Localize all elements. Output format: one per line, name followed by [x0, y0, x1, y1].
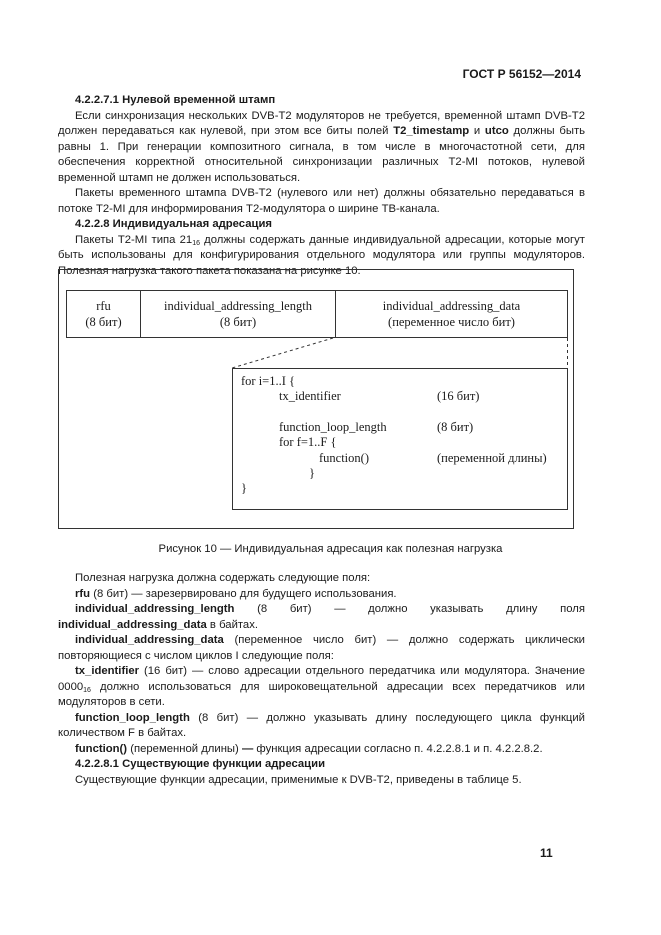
- section-heading: 4.2.2.8.1 Существующие функции адресации: [58, 757, 585, 773]
- field-desc-fll: function_loop_length (8 бит) — должно ук…: [58, 711, 585, 742]
- paragraph: Полезная нагрузка должна содержать следу…: [58, 571, 585, 587]
- field-desc-tx: tx_identifier (16 бит) — слово адресации…: [58, 664, 585, 711]
- figure-caption: Рисунок 10 — Индивидуальная адресация ка…: [0, 543, 661, 555]
- code-line: for i=1..I {: [241, 374, 295, 389]
- field-desc-iad: individual_addressing_data (переменное ч…: [58, 633, 585, 664]
- code-note: (переменной длины): [437, 451, 547, 466]
- loop-structure-box: for i=1..I { tx_identifier (16 бит) func…: [232, 368, 568, 510]
- field-desc-ial: individual_addressing_length (8 бит) — д…: [58, 602, 585, 633]
- code-line: tx_identifier: [279, 389, 341, 404]
- code-line: function_loop_length: [279, 420, 387, 435]
- code-line: function(): [319, 451, 369, 466]
- field-desc-function: function() (переменной длины) — функция …: [58, 742, 585, 758]
- field-desc-rfu: rfu (8 бит) — зарезервировано для будуще…: [58, 587, 585, 603]
- page-number: 11: [540, 846, 553, 860]
- code-line: for f=1..F {: [279, 435, 337, 450]
- code-line: }: [241, 481, 247, 496]
- code-note: (16 бит): [437, 389, 479, 404]
- code-note: (8 бит): [437, 420, 473, 435]
- fields-description: Полезная нагрузка должна содержать следу…: [58, 571, 585, 788]
- code-line: }: [309, 466, 315, 481]
- paragraph: Существующие функции адресации, применим…: [58, 773, 585, 789]
